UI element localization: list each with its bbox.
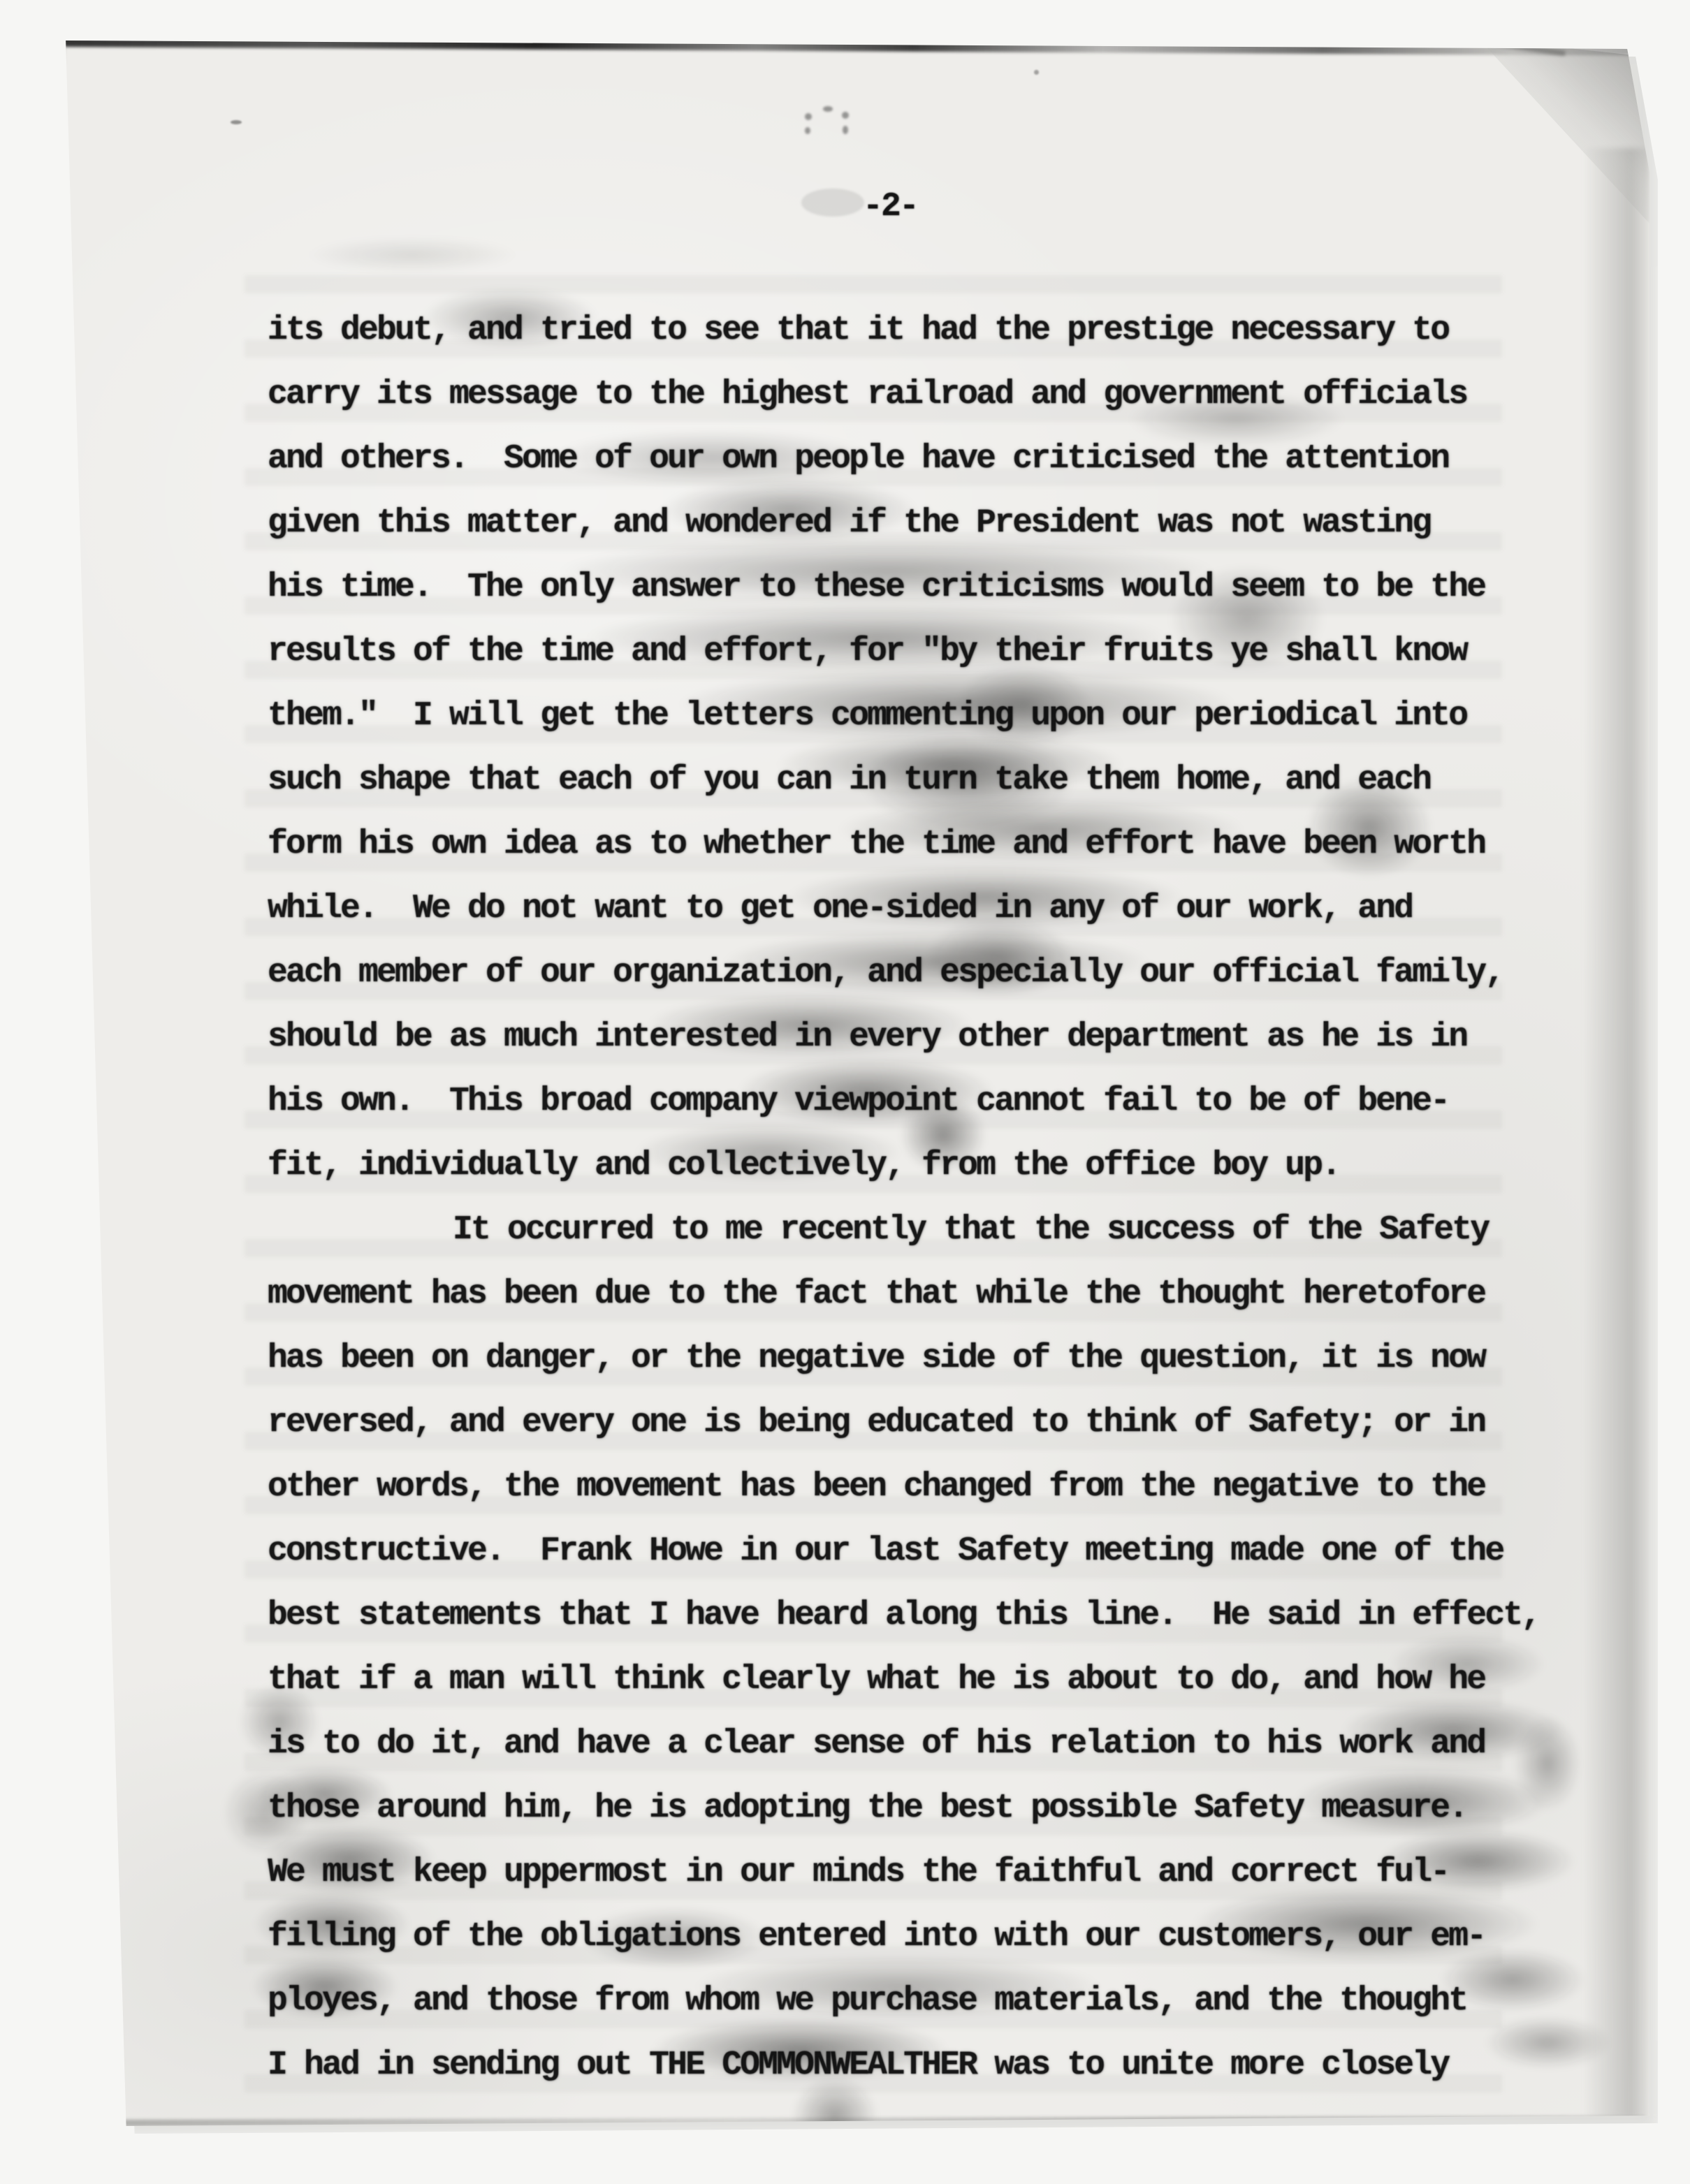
- ink-smudge: [1502, 1697, 1593, 1830]
- folded-corner: [1478, 38, 1649, 223]
- ink-dot: [805, 127, 810, 134]
- ink-speck: [1034, 70, 1039, 75]
- document-page: -2- its debut, and tried to see that it …: [59, 36, 1649, 2126]
- text-line: carry its message to the highest railroa…: [268, 362, 1595, 427]
- text-line: movement has been due to the fact that w…: [268, 1262, 1595, 1326]
- scan-background: -2- its debut, and tried to see that it …: [0, 0, 1690, 2184]
- page-top-edge: [62, 38, 1638, 56]
- ink-smudge: [388, 276, 632, 360]
- ink-smudge: [224, 1943, 426, 2030]
- ink-smudge: [206, 1753, 325, 1872]
- ink-speck: [82, 1164, 87, 1170]
- text-line: reversed, and every one is being educate…: [268, 1391, 1595, 1455]
- ink-smudge: [775, 2060, 894, 2172]
- ink-dot: [843, 126, 848, 134]
- page-left-edge: [1, 42, 66, 2123]
- ink-smudge: [1086, 381, 1387, 457]
- text-line: has been on danger, or the negative side…: [268, 1326, 1595, 1391]
- ink-smudge: [583, 1112, 954, 1192]
- ink-smudge: [265, 230, 559, 279]
- ink-smear: [801, 189, 864, 217]
- text-line-paragraph-start: It occurred to me recently that the succ…: [268, 1198, 1595, 1262]
- text-line: constructive. Frank Howe in our last Saf…: [268, 1519, 1595, 1583]
- ink-dot: [805, 113, 812, 120]
- ink-smudge: [1460, 2006, 1635, 2079]
- page-number: -2-: [863, 188, 917, 226]
- text-line: other words, the movement has been chang…: [268, 1455, 1595, 1519]
- ink-dot: [842, 112, 849, 119]
- ink-dot: [823, 106, 833, 112]
- ink-smudge: [1282, 758, 1457, 897]
- ink-speck: [231, 120, 242, 124]
